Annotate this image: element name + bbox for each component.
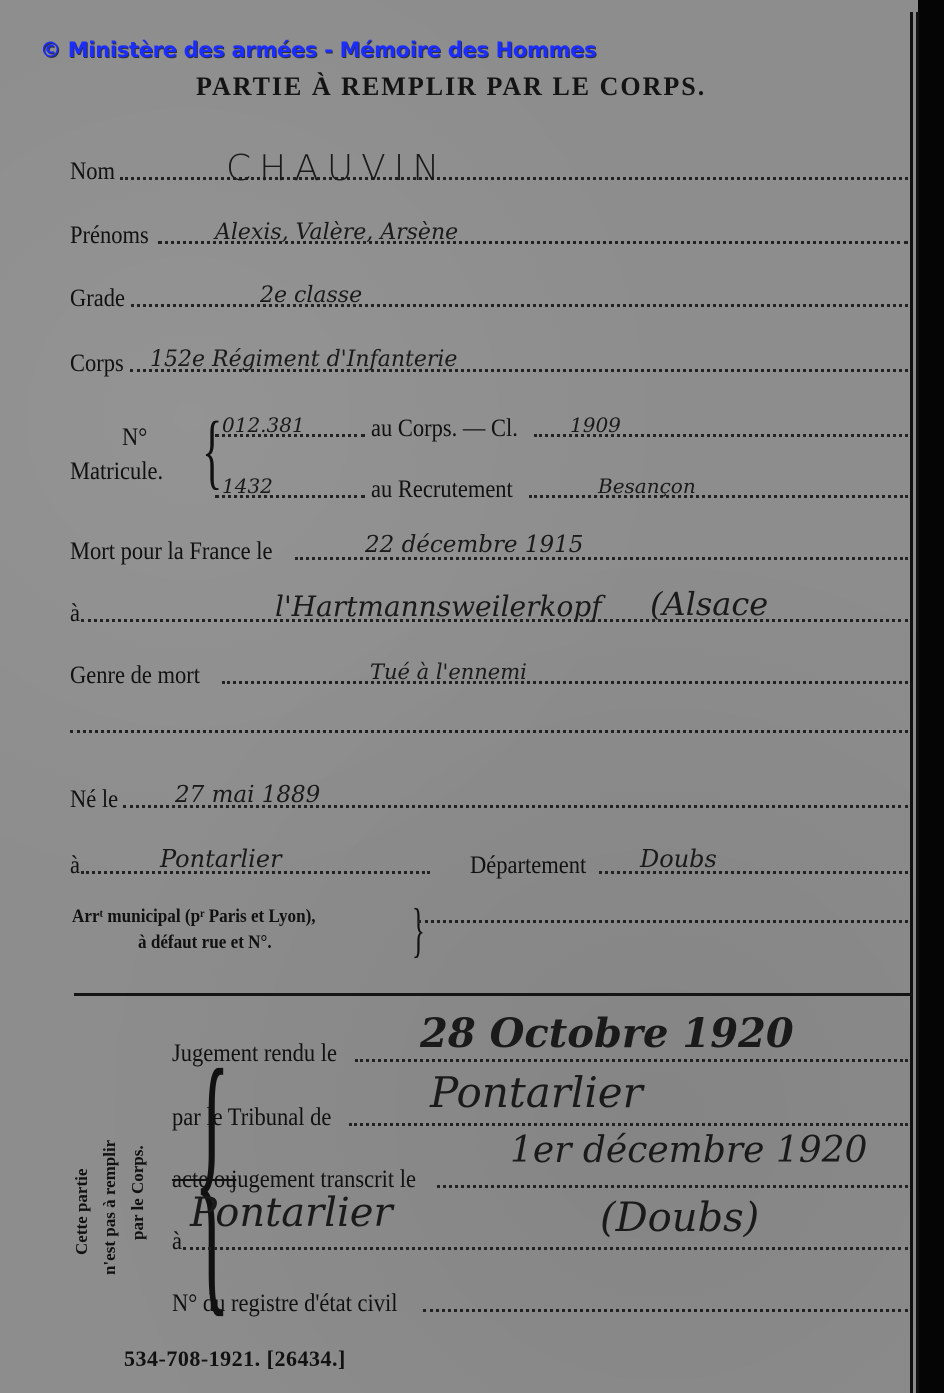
label-au-recrutement: au Recrutement	[371, 476, 513, 504]
label-arrondissement-2: à défaut rue et N°.	[138, 932, 272, 954]
dotted-line	[423, 1309, 908, 1312]
value-corps: 152e Régiment d'Infanterie	[150, 347, 457, 372]
field-grade: Grade	[70, 285, 908, 313]
dotted-line	[222, 681, 908, 684]
field-matricule-corps: au Corps. — Cl.	[215, 415, 908, 443]
value-matricule-corps: 012.381	[222, 413, 305, 437]
field-prenoms: Prénoms	[70, 222, 908, 250]
label-departement: Département	[470, 852, 586, 880]
value-mort-date: 22 décembre 1915	[365, 532, 583, 558]
dotted-line	[183, 1247, 908, 1250]
label-registre: N° du registre d'état civil	[172, 1290, 397, 1318]
value-jugement: 28 Octobre 1920	[420, 1010, 794, 1057]
brace: }	[412, 900, 425, 960]
label-matricule-no: N°	[122, 424, 147, 452]
value-departement: Doubs	[640, 845, 717, 873]
dotted-line	[70, 730, 908, 733]
dotted-line	[529, 495, 908, 498]
side-note-line: n'est pas à remplir	[100, 1140, 120, 1275]
copyright-watermark: © Ministère des armées - Mémoire des Hom…	[40, 38, 596, 62]
border-rule	[916, 12, 919, 1393]
label-ne-le: Né le	[70, 786, 118, 814]
label-au-corps: au Corps. — Cl.	[371, 415, 518, 443]
value-transcrit-dept: (Doubs)	[600, 1195, 759, 1241]
field-blank	[70, 730, 908, 739]
value-ne-le: 27 mai 1889	[175, 782, 320, 808]
side-note-line: par le Corps.	[128, 1145, 148, 1240]
dotted-line	[131, 304, 908, 307]
field-arrondissement	[418, 920, 908, 929]
dotted-line	[349, 1123, 908, 1126]
form-title: PARTIE À REMPLIR PAR LE CORPS.	[196, 72, 706, 102]
value-recrutement-place: Besançon	[598, 474, 696, 498]
label-matricule: Matricule.	[70, 458, 163, 486]
side-note-line: Cette partie	[72, 1169, 92, 1255]
section-divider	[74, 993, 912, 996]
side-note: Cette partie n'est pas à remplir par le …	[72, 1085, 182, 1285]
label-arrondissement: Arrᵗ municipal (pʳ Paris et Lyon),	[72, 906, 316, 928]
value-genre-mort: Tué à l'ennemi	[370, 660, 527, 684]
field-registre: N° du registre d'état civil	[172, 1290, 908, 1318]
value-prenoms: Alexis, Valère, Arsène	[215, 220, 458, 245]
field-matricule-recrutement: au Recrutement	[215, 476, 908, 504]
dotted-line	[437, 1185, 908, 1188]
value-mort-lieu: l'Hartmannsweilerkopf	[275, 590, 602, 623]
label-mort-date: Mort pour la France le	[70, 538, 272, 566]
label-transcrit-lieu: à	[172, 1228, 182, 1256]
value-transcrit-lieu: Pontarlier	[190, 1190, 393, 1236]
dotted-line	[355, 1059, 908, 1062]
field-nom: Nom	[70, 158, 908, 186]
label-ne-lieu: à	[70, 852, 80, 880]
form-reference-code: 534-708-1921. [26434.]	[124, 1346, 346, 1372]
label-tribunal: par le Tribunal de	[172, 1104, 331, 1132]
dotted-line	[418, 920, 908, 923]
value-ne-lieu: Pontarlier	[160, 845, 282, 873]
label-prenoms: Prénoms	[70, 222, 149, 250]
value-transcrit: 1er décembre 1920	[510, 1130, 867, 1171]
border-rule	[910, 12, 913, 1393]
value-tribunal: Pontarlier	[430, 1068, 643, 1117]
label-mort-lieu: à	[70, 600, 80, 628]
label-grade: Grade	[70, 285, 125, 313]
label-corps: Corps	[70, 350, 124, 378]
label-jugement: Jugement rendu le	[172, 1040, 337, 1068]
value-matricule-recrutement: 1432	[222, 474, 273, 498]
label-genre-mort: Genre de mort	[70, 662, 200, 690]
value-mort-region: (Alsace	[650, 585, 768, 623]
value-classe: 1909	[570, 413, 621, 437]
label-nom: Nom	[70, 158, 115, 186]
scan-edge	[918, 0, 944, 1393]
value-grade: 2e classe	[260, 283, 362, 308]
value-nom: CHAUVIN	[226, 148, 447, 189]
